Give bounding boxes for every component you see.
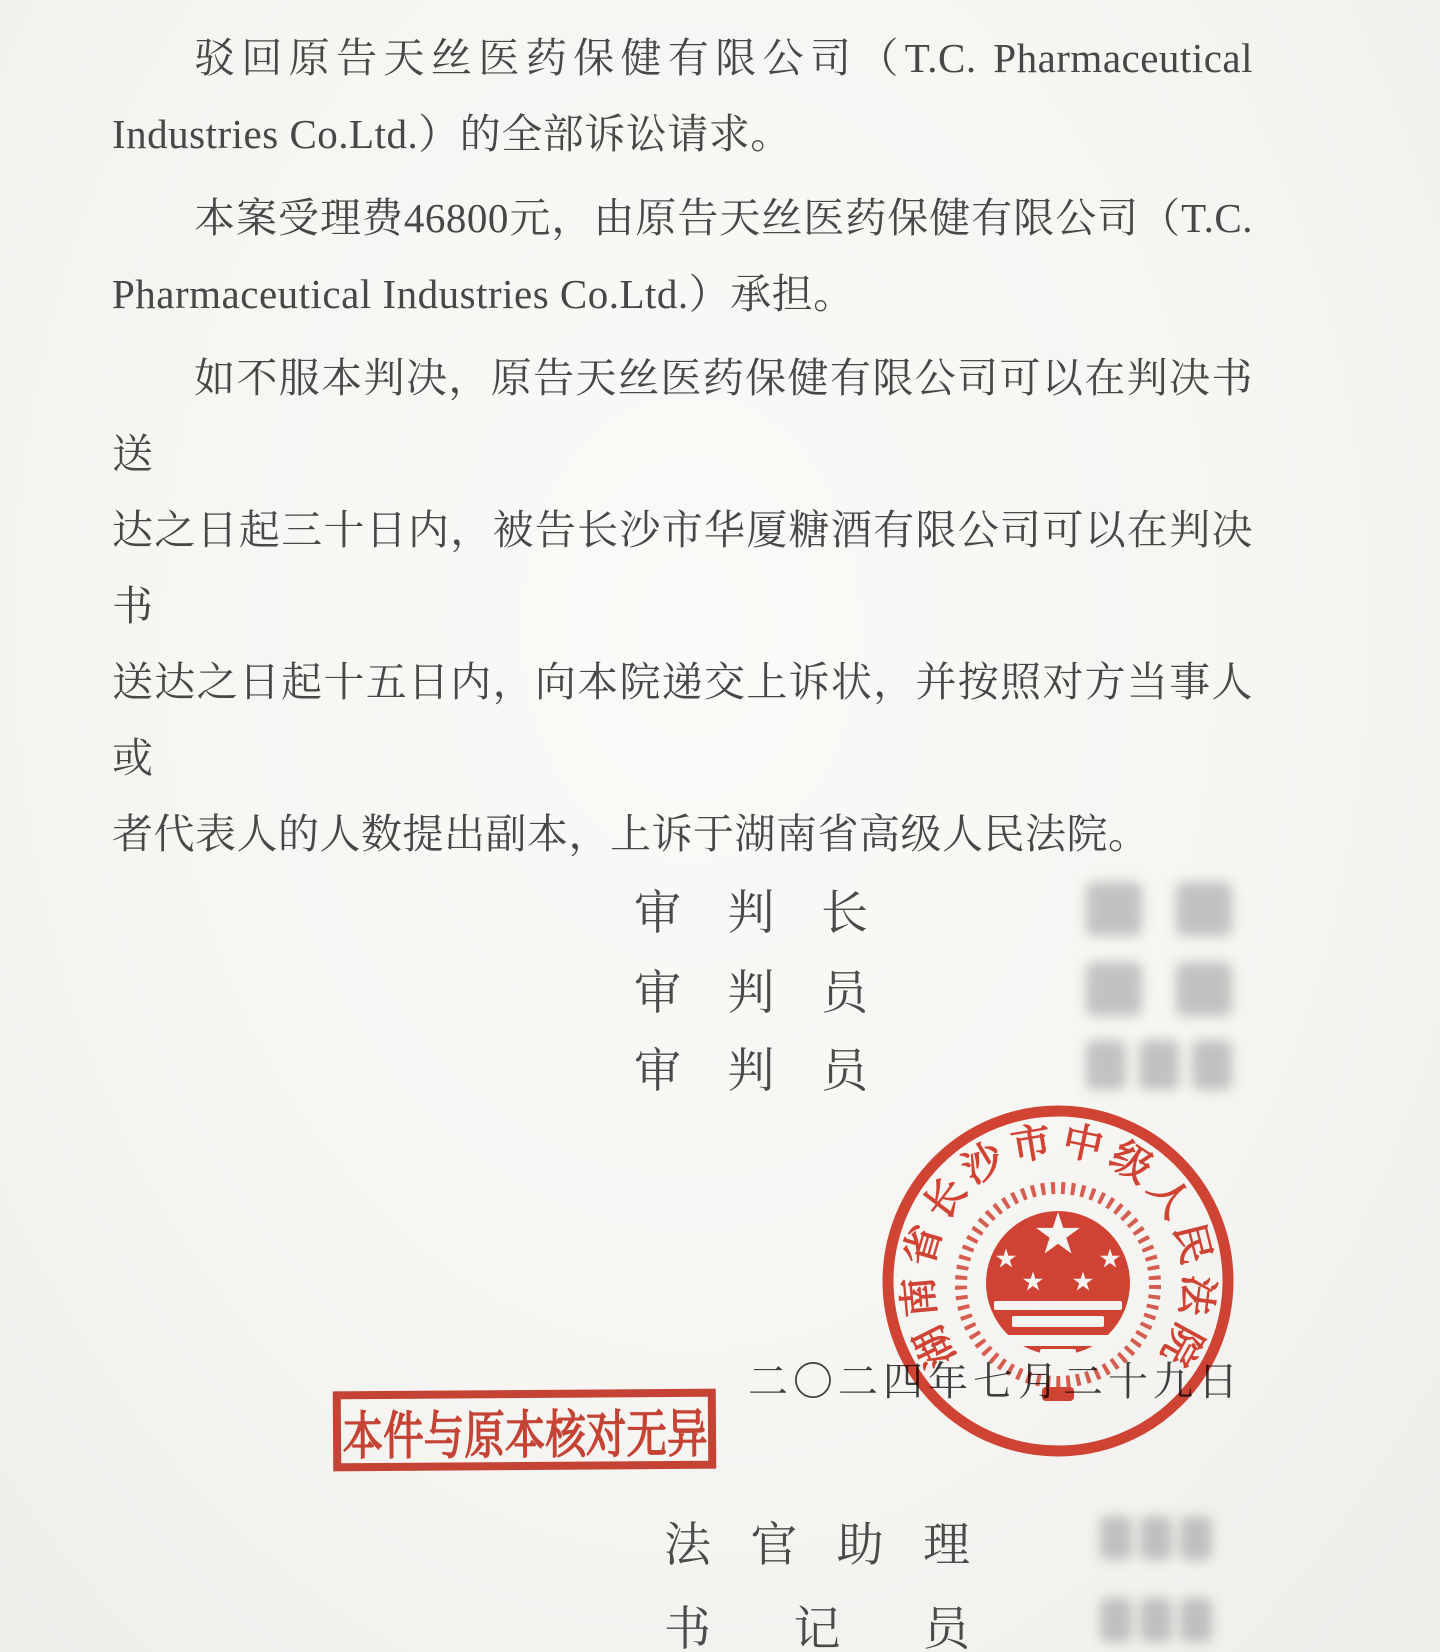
redacted-name-blur [1180, 1516, 1212, 1560]
body-line: 者代表人的人数提出副本，上诉于湖南省高级人民法院。 [112, 796, 1253, 872]
redacted-name-blur [1139, 1040, 1179, 1090]
title-char: 审 [634, 956, 681, 1023]
title-char: 审 [634, 1034, 681, 1101]
redacted-name-blur [1100, 1598, 1132, 1642]
paragraph-dismissal: 驳回原告天丝医药保健有限公司（T.C. Pharmaceutical Indus… [112, 20, 1253, 172]
body-line: Industries Co.Ltd.）的全部诉讼请求。 [112, 96, 1253, 172]
body-line: 驳回原告天丝医药保健有限公司（T.C. Pharmaceutical [112, 20, 1253, 96]
title-char: 法 [664, 1508, 711, 1575]
judge-title: 审 判 员 [634, 1034, 868, 1101]
redacted-name-blur [1176, 962, 1232, 1016]
verification-stamp-text: 本件与原本核对无异 [342, 1391, 708, 1469]
redacted-presiding-judge-name [1086, 882, 1232, 936]
title-char: 判 [728, 1034, 775, 1101]
redacted-assistant-name [1100, 1516, 1212, 1560]
body-line: 达之日起三十日内，被告长沙市华厦糖酒有限公司可以在判决书 [112, 492, 1253, 644]
redacted-name-blur [1176, 882, 1232, 936]
redacted-judge-name [1086, 1040, 1232, 1090]
title-char: 员 [923, 1592, 970, 1652]
emblem-gate-roof [994, 1301, 1122, 1310]
title-char: 员 [821, 1034, 868, 1101]
court-seal-graphic: 湖南省长沙市中级人民法院 [876, 1099, 1240, 1463]
body-line: 本案受理费46800元，由原告天丝医药保健有限公司（T.C. [112, 180, 1253, 256]
verification-stamp: 本件与原本核对无异 [333, 1389, 717, 1472]
title-char: 审 [634, 876, 681, 943]
redacted-name-blur [1180, 1598, 1212, 1642]
court-judgment-page: 驳回原告天丝医药保健有限公司（T.C. Pharmaceutical Indus… [0, 0, 1440, 1652]
title-char: 判 [728, 876, 775, 943]
redacted-clerk-name [1100, 1598, 1212, 1642]
body-line: 如不服本判决，原告天丝医药保健有限公司可以在判决书送 [112, 340, 1253, 492]
body-line: 送达之日起十五日内，向本院递交上诉状，并按照对方当事人或 [112, 644, 1253, 796]
redacted-name-blur [1140, 1598, 1172, 1642]
body-line: Pharmaceutical Industries Co.Ltd.）承担。 [112, 256, 1253, 332]
paragraph-appeal-rights: 如不服本判决，原告天丝医药保健有限公司可以在判决书送 达之日起三十日内，被告长沙… [112, 340, 1253, 872]
redacted-name-blur [1100, 1516, 1132, 1560]
judge-assistant-title: 法 官 助 理 [664, 1508, 970, 1575]
title-char: 理 [923, 1508, 970, 1575]
court-seal: 湖南省长沙市中级人民法院 [876, 1099, 1240, 1463]
title-char: 助 [837, 1508, 884, 1575]
redacted-judge-name [1086, 962, 1232, 1016]
court-clerk-title: 书 记 员 [664, 1592, 970, 1652]
redacted-name-blur [1140, 1516, 1172, 1560]
redacted-name-blur [1192, 1040, 1232, 1090]
title-char: 长 [821, 876, 868, 943]
china-national-emblem-icon [961, 1188, 1155, 1401]
title-char: 官 [750, 1508, 797, 1575]
judgment-body-text: 驳回原告天丝医药保健有限公司（T.C. Pharmaceutical Indus… [112, 20, 1253, 880]
paragraph-court-fee: 本案受理费46800元，由原告天丝医药保健有限公司（T.C. Pharmaceu… [112, 180, 1253, 332]
title-char: 记 [794, 1592, 841, 1652]
presiding-judge-title: 审 判 长 [634, 876, 868, 943]
title-char: 书 [664, 1592, 711, 1652]
emblem-gate-body [1012, 1316, 1104, 1327]
redacted-name-blur [1086, 962, 1142, 1016]
emblem-gate-base [1000, 1335, 1116, 1346]
title-char: 判 [728, 956, 775, 1023]
redacted-name-blur [1086, 1040, 1126, 1090]
judge-title: 审 判 员 [634, 956, 868, 1023]
emblem-ribbon [1042, 1387, 1074, 1401]
title-char: 员 [821, 956, 868, 1023]
emblem-gate-door [1040, 1349, 1076, 1357]
redacted-name-blur [1086, 882, 1142, 936]
